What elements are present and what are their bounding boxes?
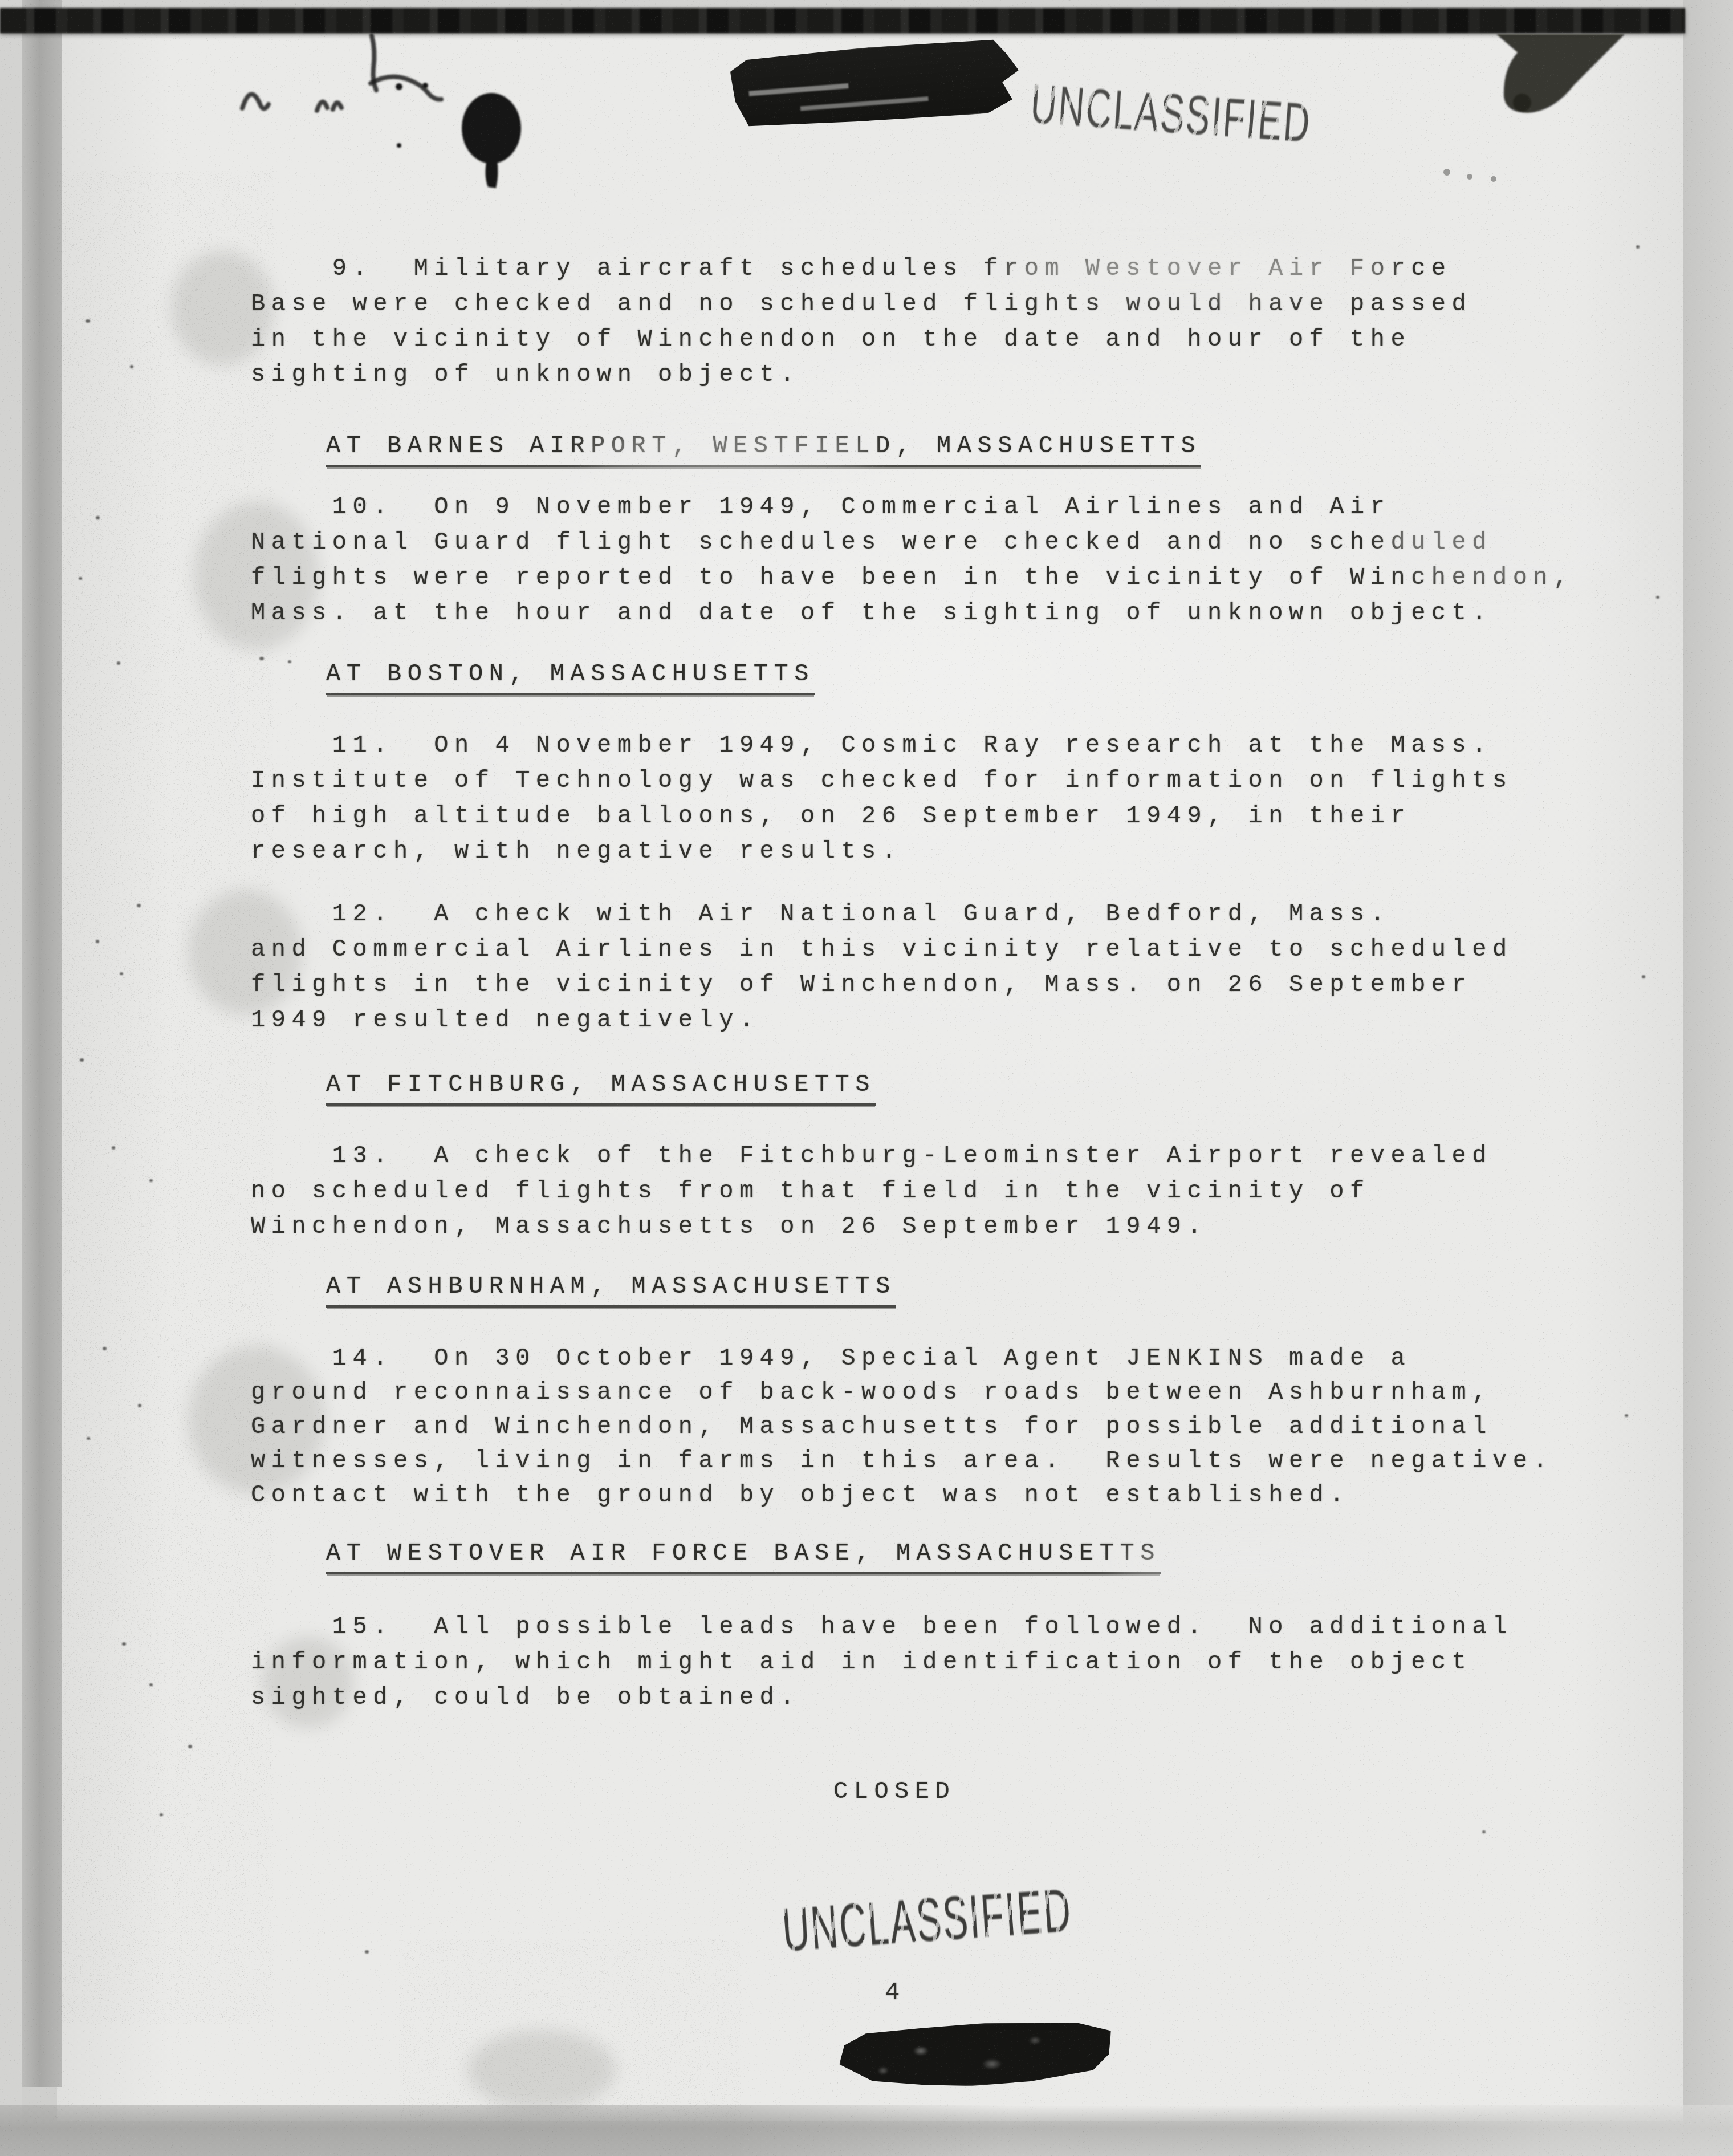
text-line: research, with negative results. (251, 834, 1513, 869)
scanner-edge-left (0, 0, 22, 2156)
page-shadow-left (22, 0, 62, 2087)
ink-speck (1656, 596, 1659, 599)
ink-speck (365, 1950, 369, 1954)
ink-speck (1642, 975, 1645, 978)
ink-speck (86, 319, 90, 323)
header-text: AT FITCHBURG, MASSACHUSETTS (326, 1070, 876, 1106)
text-line: Gardner and Winchendon, Massachusetts fo… (251, 1410, 1553, 1444)
ink-speck (149, 1179, 153, 1182)
scanned-document-page: UNCLASSIFIED 9. Military aircraft schedu… (0, 0, 1733, 2156)
ink-speck (80, 1058, 84, 1062)
text-line: 9. Military aircraft schedules from West… (251, 251, 1472, 286)
text-line: witnesses, living in farms in this area.… (251, 1444, 1553, 1478)
ink-speck (160, 1813, 163, 1816)
ink-speck (130, 365, 133, 368)
section-header-westover: AT WESTOVER AIR FORCE BASE, MASSACHUSETT… (326, 1538, 1161, 1574)
ink-speck (288, 660, 291, 663)
text-line: Base were checked and no scheduled fligh… (251, 286, 1472, 322)
paragraph-9: 9. Military aircraft schedules from West… (251, 251, 1472, 392)
text-line: flights were reported to have been in th… (251, 560, 1574, 595)
text-line: information, which might aid in identifi… (251, 1645, 1513, 1680)
page-number: 4 (885, 1979, 904, 2007)
scan-gray-band-bottom (0, 2105, 1733, 2156)
paragraph-15: 15. All possible leads have been followe… (251, 1609, 1513, 1715)
ink-speck (137, 904, 141, 907)
paragraph-13: 13. A check of the Fitchburg-Leominster … (251, 1138, 1492, 1244)
text-line: in the vicinity of Winchendon on the dat… (251, 322, 1472, 357)
section-header-barnes: AT BARNES AIRPORT, WESTFIELD, MASSACHUSE… (326, 431, 1201, 467)
section-header-boston: AT BOSTON, MASSACHUSETTS (326, 659, 815, 695)
ink-speck (1625, 1414, 1628, 1417)
header-text: AT ASHBURNHAM, MASSACHUSETTS (326, 1272, 896, 1308)
text-line: 13. A check of the Fitchburg-Leominster … (251, 1138, 1492, 1174)
ink-speck (96, 940, 99, 943)
text-line: and Commercial Airlines in this vicinity… (251, 932, 1513, 967)
ink-speck (1482, 1830, 1486, 1833)
text-line: of high altitude balloons, on 26 Septemb… (251, 798, 1513, 834)
toner-blotch (467, 2030, 616, 2110)
scan-black-band-top (0, 8, 1685, 33)
paragraph-12: 12. A check with Air National Guard, Bed… (251, 896, 1513, 1038)
text-line: 14. On 30 October 1949, Special Agent JE… (251, 1341, 1553, 1375)
text-line: 15. All possible leads have been followe… (251, 1609, 1513, 1645)
text-line: 1949 resulted negatively. (251, 1002, 1513, 1038)
ink-speck (138, 1404, 141, 1407)
header-text: AT BOSTON, MASSACHUSETTS (326, 659, 815, 695)
ink-speck (87, 1437, 90, 1440)
ink-speck (96, 516, 100, 519)
ink-speck (149, 1683, 153, 1686)
paragraph-14: 14. On 30 October 1949, Special Agent JE… (251, 1341, 1553, 1512)
paragraph-10: 10. On 9 November 1949, Commercial Airli… (251, 489, 1574, 631)
header-text: AT WESTOVER AIR FORCE BASE, MASSACHUSETT… (326, 1538, 1161, 1574)
ink-speck (103, 1347, 107, 1350)
text-line: flights in the vicinity of Winchendon, M… (251, 967, 1513, 1002)
section-header-fitchburg: AT FITCHBURG, MASSACHUSETTS (326, 1070, 876, 1106)
ink-speck (117, 661, 120, 665)
text-line: Contact with the ground by object was no… (251, 1478, 1553, 1512)
ink-speck (122, 1642, 126, 1646)
page-shadow-right (1683, 0, 1733, 2156)
ink-speck (259, 657, 264, 660)
text-line: ground reconnaissance of back-woods road… (251, 1375, 1553, 1410)
ink-speck (188, 1745, 192, 1748)
text-line: Mass. at the hour and date of the sighti… (251, 595, 1574, 631)
text-line: sighted, could be obtained. (251, 1680, 1513, 1715)
header-text: AT BARNES AIRPORT, WESTFIELD, MASSACHUSE… (326, 431, 1201, 467)
text-line: no scheduled flights from that field in … (251, 1174, 1492, 1209)
ink-speck (79, 577, 82, 580)
text-line: 11. On 4 November 1949, Cosmic Ray resea… (251, 728, 1513, 763)
text-line: Institute of Technology was checked for … (251, 763, 1513, 798)
ink-speck (120, 972, 123, 975)
text-line: Winchendon, Massachusetts on 26 Septembe… (251, 1209, 1492, 1244)
text-line: National Guard flight schedules were che… (251, 525, 1574, 560)
text-line: 10. On 9 November 1949, Commercial Airli… (251, 489, 1574, 525)
closed-status: CLOSED (833, 1778, 955, 1805)
text-line: sighting of unknown object. (251, 357, 1472, 392)
section-header-ashburnham: AT ASHBURNHAM, MASSACHUSETTS (326, 1272, 896, 1308)
ink-speck (1636, 245, 1640, 249)
paragraph-11: 11. On 4 November 1949, Cosmic Ray resea… (251, 728, 1513, 869)
ink-speck (112, 1146, 115, 1150)
text-line: 12. A check with Air National Guard, Bed… (251, 896, 1513, 932)
